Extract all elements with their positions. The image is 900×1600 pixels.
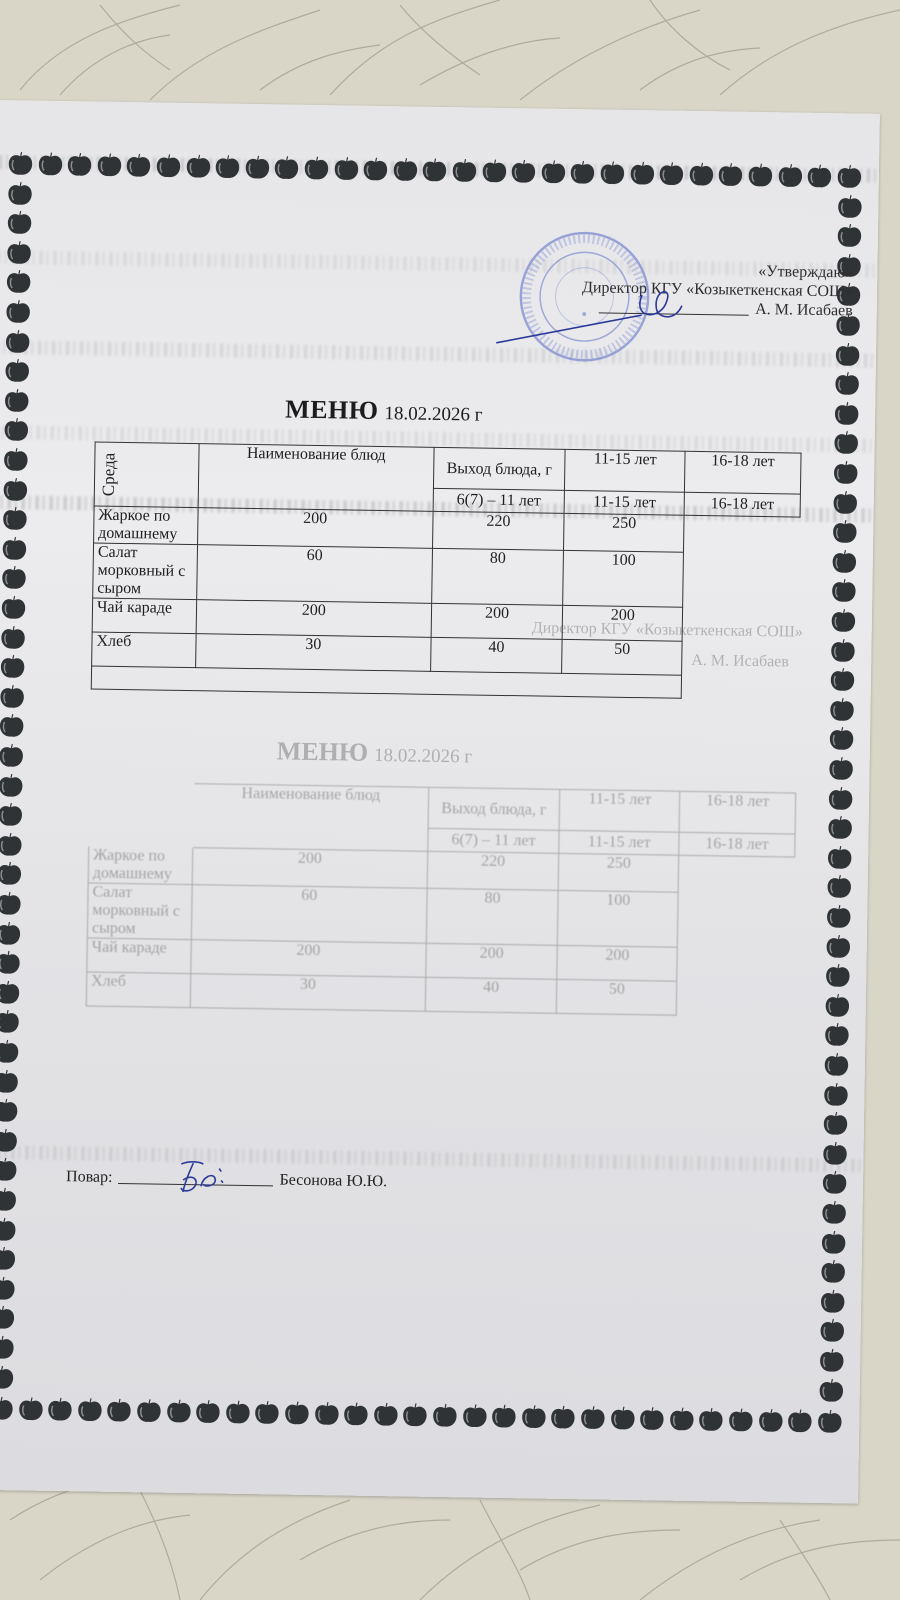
apple-icon — [0, 1127, 19, 1154]
apple-icon — [372, 1401, 399, 1428]
apple-icon — [0, 683, 26, 710]
apple-icon — [224, 1399, 251, 1426]
apple-icon — [836, 222, 863, 249]
portion-6-11: 200 — [192, 848, 427, 889]
apple-icon — [688, 161, 715, 188]
apple-icon — [0, 1008, 21, 1035]
apple-icon — [824, 962, 851, 989]
portion-6-11: 60 — [197, 545, 433, 604]
apple-icon — [820, 1229, 847, 1256]
subheader-age-11-15: 11-15 лет — [564, 490, 684, 515]
portion-11-15: 40 — [425, 977, 557, 1013]
portion-11-15: 220 — [427, 851, 559, 890]
apple-icon — [638, 1405, 665, 1432]
apple-icon — [4, 328, 31, 355]
apple-icon — [76, 1396, 103, 1423]
apple-icon — [0, 831, 24, 858]
apple-icon — [480, 158, 507, 185]
apple-icon — [0, 742, 25, 769]
apple-icon — [828, 725, 855, 752]
apple-icon — [757, 1407, 784, 1434]
apple-icon — [303, 155, 330, 182]
apple-icon — [392, 156, 419, 183]
portion-11-15: 80 — [426, 888, 559, 945]
apple-icon — [135, 1397, 162, 1424]
subheader-age-6-11: 6(7) – 11 лет — [433, 488, 565, 513]
apple-icon — [4, 357, 31, 384]
header-dish-name: Наименование блюд — [198, 444, 434, 512]
apple-icon — [833, 400, 860, 427]
apple-icon — [342, 1401, 369, 1428]
apple-icon — [5, 268, 32, 295]
apple-icon — [827, 755, 854, 782]
apple-icon — [0, 1275, 17, 1302]
apple-icon — [0, 1068, 20, 1095]
apple-icon — [806, 163, 833, 190]
portion-6-11: 30 — [196, 634, 431, 672]
menu-sheet: «Утверждаю» Директор КГУ «Козыкеткенская… — [0, 100, 880, 1504]
portion-6-11: 200 — [197, 508, 432, 549]
apple-icon — [826, 844, 853, 871]
apple-icon — [819, 1288, 846, 1315]
apple-icon — [125, 152, 152, 179]
portion-6-11: 60 — [191, 885, 427, 944]
portion-6-11: 30 — [190, 974, 425, 1012]
apple-icon — [822, 1110, 849, 1137]
apple-icon — [0, 1245, 17, 1272]
subheader-age-16-18: 16-18 лет — [684, 492, 800, 517]
apple-icon — [0, 653, 26, 680]
apple-icon — [832, 489, 859, 516]
apple-icon — [461, 1402, 488, 1429]
apple-icon — [165, 1398, 192, 1425]
portion-11-15: 200 — [425, 943, 557, 979]
apple-icon — [66, 151, 93, 178]
cook-name: Бесонова Ю.Ю. — [279, 1172, 387, 1191]
apple-icon — [825, 903, 852, 930]
apple-icon — [7, 150, 34, 177]
dish-name: Салат морковный с сыром — [87, 883, 192, 940]
dish-name: Хлеб — [92, 632, 196, 668]
apple-icon — [2, 476, 29, 503]
header-age-11-15: 11-15 лет — [565, 449, 685, 492]
apple-icon — [273, 154, 300, 181]
apple-icon — [402, 1401, 429, 1428]
apple-icon — [283, 1400, 310, 1427]
apple-icon — [0, 1186, 18, 1213]
apple-icon — [821, 1140, 848, 1167]
apple-icon — [830, 577, 857, 604]
apple-icon — [520, 1403, 547, 1430]
apple-icon — [0, 801, 24, 828]
portion-11-15: 220 — [432, 511, 564, 550]
dish-name: Чай караде — [92, 598, 196, 634]
apple-icon — [3, 416, 30, 443]
apple-icon — [833, 430, 860, 457]
apple-icon — [836, 193, 863, 220]
cook-signature-icon — [173, 1158, 229, 1197]
apple-icon — [0, 1304, 16, 1331]
apple-icon — [254, 1399, 281, 1426]
apple-icon — [0, 1097, 19, 1124]
apple-icon — [540, 158, 567, 185]
apple-icon — [36, 151, 63, 178]
dish-name: Жаркое по домашнему — [94, 506, 199, 545]
portion-16-18: 250 — [564, 513, 684, 552]
apple-icon — [827, 785, 854, 812]
apple-icon — [106, 1397, 133, 1424]
apple-icon — [550, 1404, 577, 1431]
portion-16-18: 50 — [557, 979, 677, 1015]
apple-icon — [0, 920, 22, 947]
header-age-16-18: 16-18 лет — [685, 451, 801, 494]
apple-icon — [698, 1406, 725, 1433]
apple-icon — [6, 180, 33, 207]
apple-icon — [3, 387, 30, 414]
apple-icon — [2, 446, 29, 473]
apple-icon — [658, 160, 685, 187]
apple-icon — [0, 564, 27, 591]
apple-icon — [362, 156, 389, 183]
apple-icon — [155, 152, 182, 179]
portion-16-18: 100 — [563, 550, 684, 607]
apple-icon — [0, 624, 27, 651]
cook-signature-block: Повар: Бесонова Ю.Ю. — [66, 1168, 387, 1191]
apple-icon — [0, 1364, 15, 1391]
apple-icon — [819, 1258, 846, 1285]
apple-icon — [96, 152, 123, 179]
apple-icon — [668, 1406, 695, 1433]
apple-icon — [0, 890, 23, 917]
ghost-title: МЕНЮ18.02.2026 г — [277, 736, 473, 769]
apple-icon — [4, 298, 31, 325]
portion-11-15: 80 — [431, 548, 564, 605]
apple-icon — [829, 666, 856, 693]
apple-icon — [579, 1404, 606, 1431]
apple-icon — [599, 159, 626, 186]
apple-icon — [490, 1403, 517, 1430]
apple-icon — [0, 594, 27, 621]
apple-icon — [834, 341, 861, 368]
apple-icon — [816, 1408, 843, 1435]
header-portion: Выход блюда, г — [433, 447, 565, 490]
apple-icon — [826, 873, 853, 900]
apple-icon — [0, 1216, 17, 1243]
apple-icon — [0, 772, 24, 799]
dish-name: Салат морковный с сыром — [93, 543, 198, 600]
apple-icon — [0, 1156, 18, 1183]
director-signature-icon — [491, 278, 692, 351]
menu-heading: МЕНЮ — [285, 395, 379, 425]
apple-icon — [313, 1400, 340, 1427]
apple-icon — [609, 1405, 636, 1432]
apple-icon — [46, 1396, 73, 1423]
apple-icon — [828, 696, 855, 723]
cook-label: Повар: — [66, 1168, 113, 1186]
apple-icon — [820, 1199, 847, 1226]
portion-6-11: 200 — [196, 600, 431, 638]
apple-icon — [818, 1377, 845, 1404]
apple-icon — [6, 209, 33, 236]
apple-icon — [830, 607, 857, 634]
apple-icon — [786, 1408, 813, 1435]
apple-icon — [822, 1081, 849, 1108]
apple-icon — [0, 1395, 15, 1422]
apple-icon — [0, 1038, 20, 1065]
apple-icon — [421, 157, 448, 184]
apple-icon — [332, 155, 359, 182]
apple-icon — [214, 153, 241, 180]
apple-icon — [832, 459, 859, 486]
apple-icon — [0, 1334, 16, 1361]
approval-name: А. М. Исабаев — [755, 301, 853, 320]
apple-icon — [0, 949, 22, 976]
ghost-approval: Директор КГУ «Козыкеткенская СОШ» А. М. … — [531, 613, 803, 677]
dish-name: Хлеб — [86, 972, 190, 1008]
apple-icon — [829, 637, 856, 664]
apple-icon — [1, 505, 28, 532]
apple-icon — [776, 162, 803, 189]
apple-icon — [431, 1402, 458, 1429]
dish-name: Жаркое по домашнему — [88, 846, 193, 885]
apple-icon — [826, 814, 853, 841]
day-cell: Среда — [94, 442, 199, 508]
apple-icon — [824, 992, 851, 1019]
portion-16-18: 200 — [557, 945, 677, 981]
apple-icon — [0, 712, 25, 739]
apple-icon — [835, 163, 862, 190]
apple-icon — [194, 1398, 221, 1425]
apple-icon — [244, 154, 271, 181]
apple-icon — [184, 153, 211, 180]
apple-icon — [823, 1051, 850, 1078]
apple-icon — [831, 548, 858, 575]
apple-icon — [818, 1347, 845, 1374]
apple-icon — [0, 979, 21, 1006]
apple-icon — [727, 1407, 754, 1434]
apple-icon — [819, 1317, 846, 1344]
apple-icon — [823, 1021, 850, 1048]
page-title: МЕНЮ18.02.2026 г — [285, 395, 483, 428]
apple-icon — [821, 1169, 848, 1196]
apple-border-frame — [0, 100, 880, 114]
ghost-menu-table: Наименование блюд Выход блюда, г 11-15 л… — [86, 781, 796, 1017]
apple-icon — [17, 1395, 44, 1422]
menu-date: 18.02.2026 г — [384, 403, 482, 426]
portion-16-18: 100 — [558, 890, 679, 947]
table-row: Хлеб304050 — [86, 972, 792, 1017]
cook-signature-line — [118, 1183, 273, 1186]
apple-icon — [747, 162, 774, 189]
apple-icon — [1, 535, 28, 562]
apple-icon — [510, 158, 537, 185]
apple-icon — [717, 161, 744, 188]
apple-icon — [451, 157, 478, 184]
apple-icon — [831, 518, 858, 545]
apple-icon — [0, 860, 23, 887]
portion-16-18: 250 — [559, 853, 679, 892]
portion-6-11: 200 — [191, 940, 426, 978]
apple-icon — [5, 239, 32, 266]
apple-icon — [569, 159, 596, 186]
dish-name: Чай караде — [87, 938, 191, 974]
apple-icon — [833, 370, 860, 397]
apple-icon — [825, 933, 852, 960]
apple-icon — [628, 160, 655, 187]
